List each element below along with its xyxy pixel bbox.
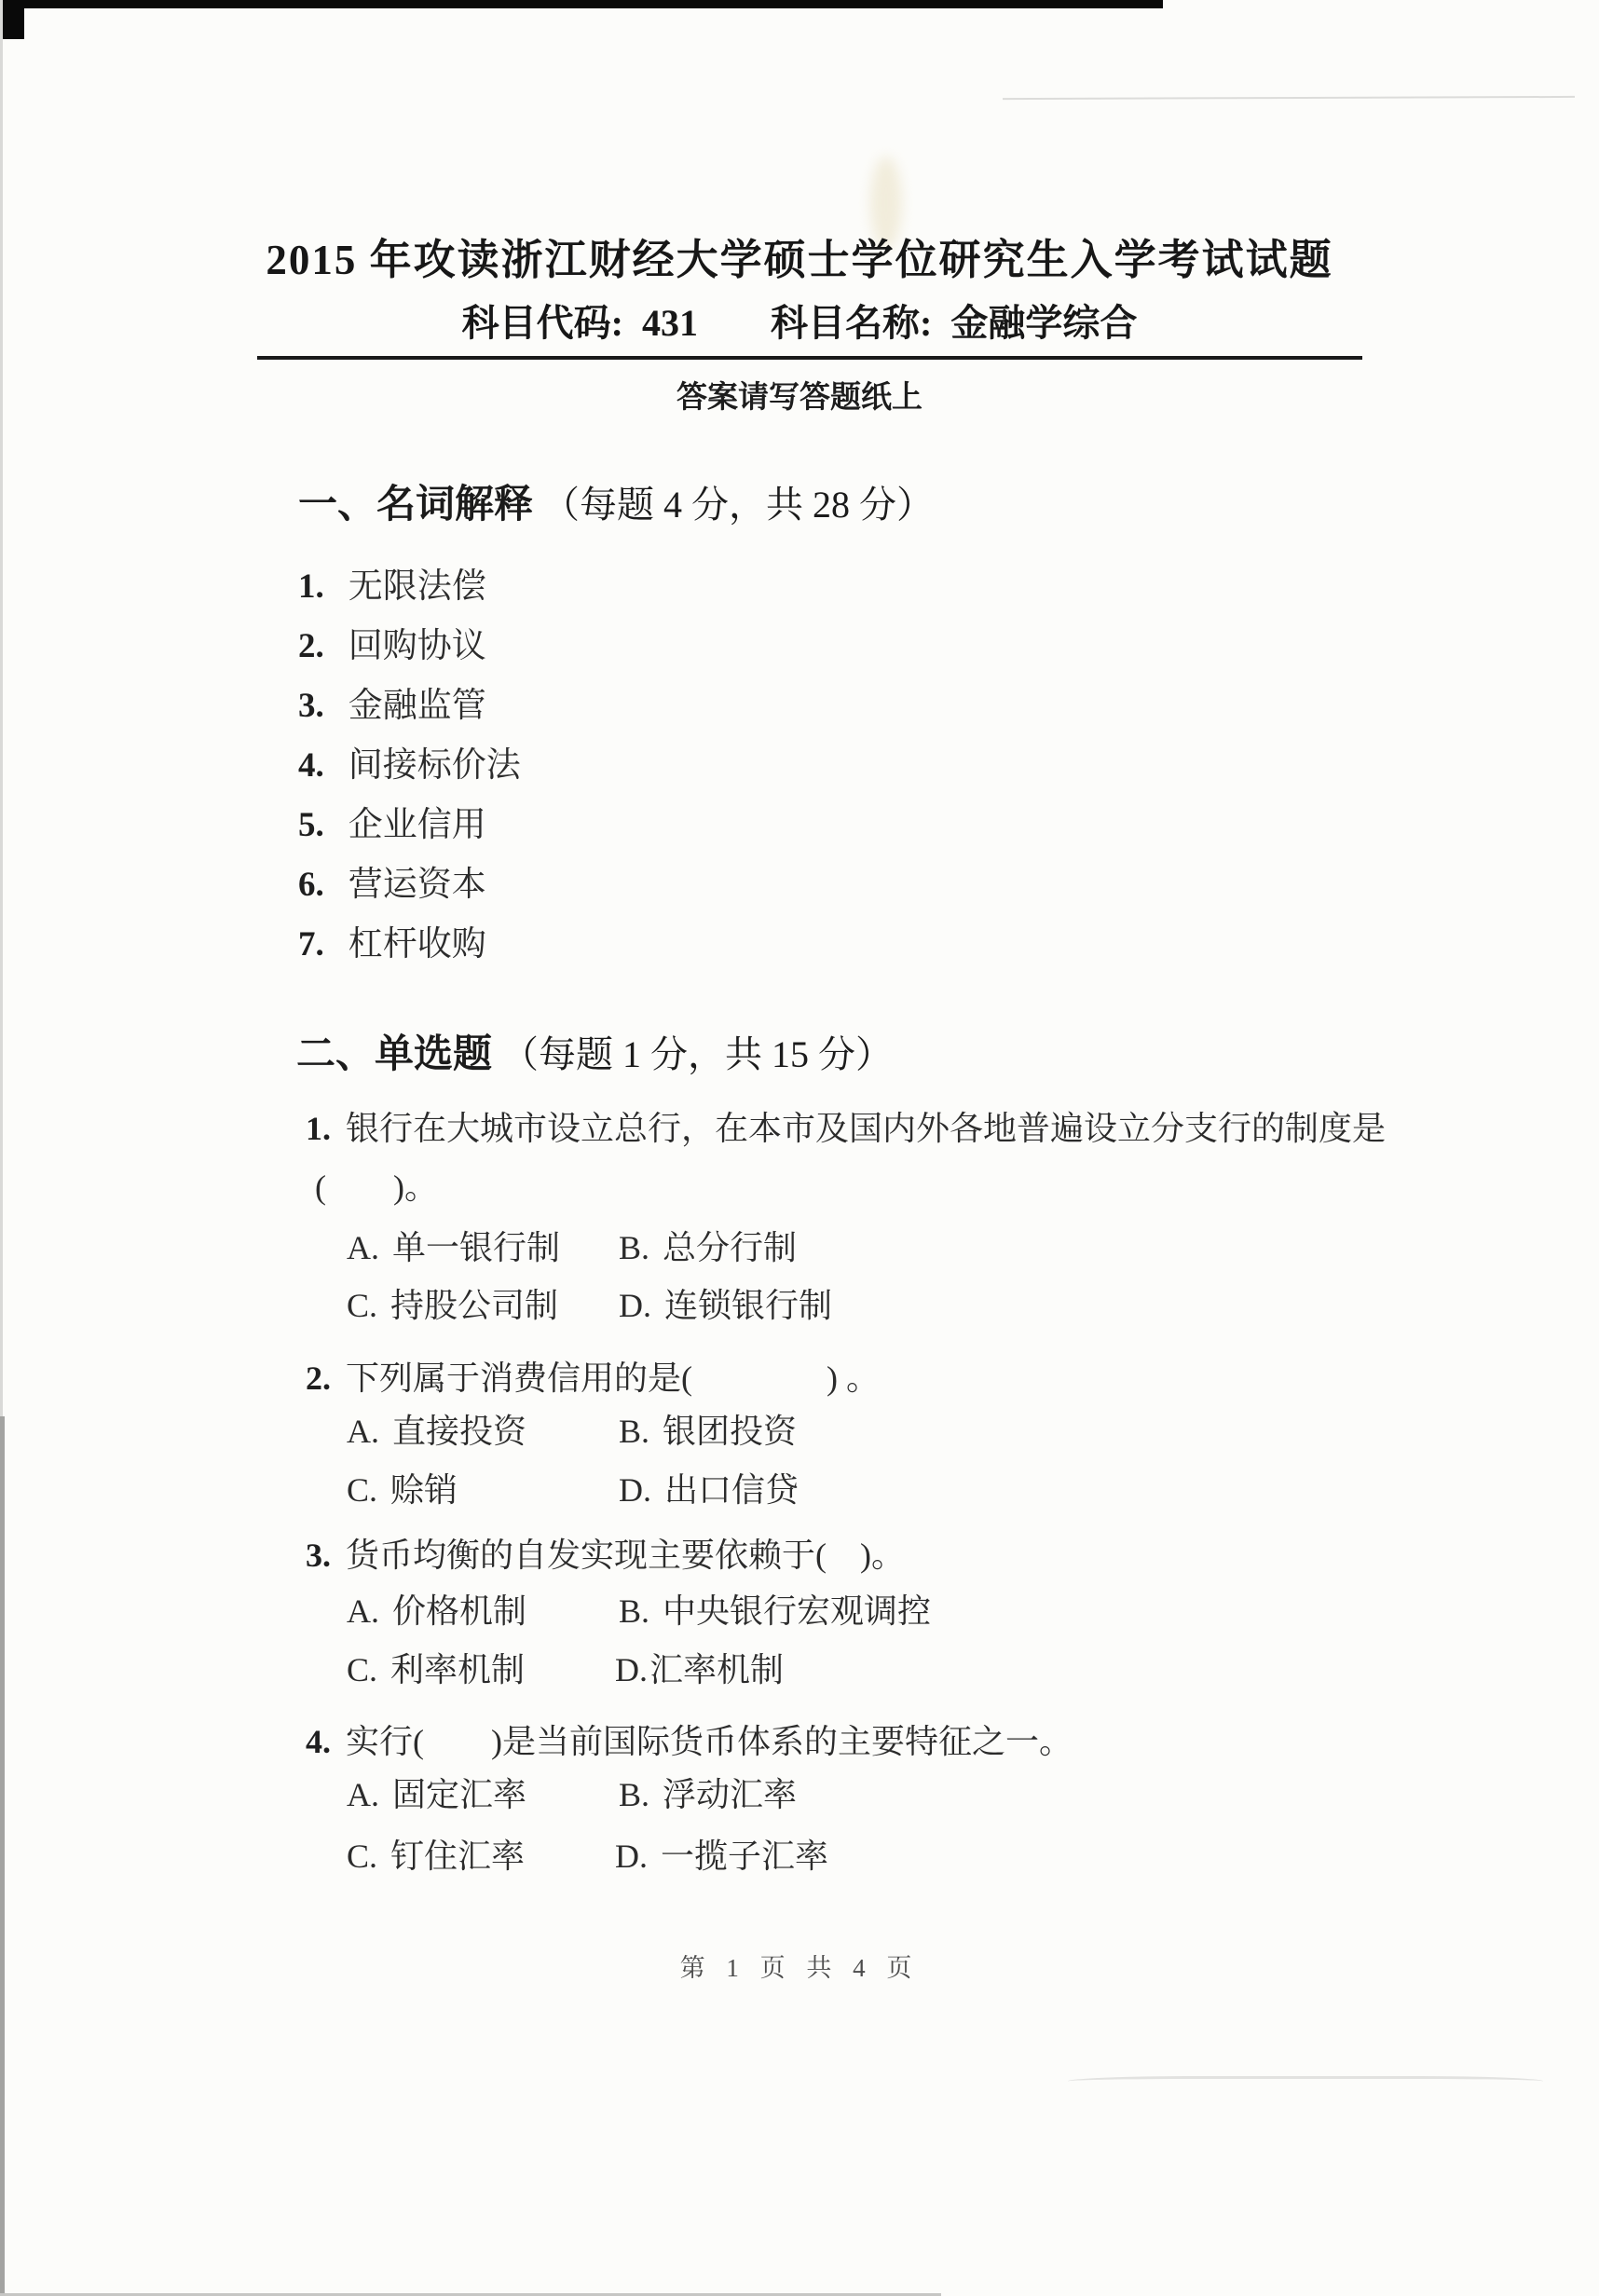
item-number: 4.	[298, 746, 324, 785]
item-text: 金融监管	[348, 687, 486, 725]
option-label: C.	[347, 1287, 377, 1324]
option-text: 一揽子汇率	[661, 1838, 828, 1875]
glossary-item: 1.无限法偿	[298, 557, 521, 617]
item-text: 杠杆收购	[348, 925, 486, 963]
exam-paper-page: 2015 年攻读浙江财经大学硕士学位研究生入学考试试题 科目代码: 431 科目…	[0, 0, 1599, 2296]
question-1-option-d: D.连锁银行制	[619, 1278, 832, 1332]
question-3-option-d: D.汇率机制	[615, 1643, 784, 1697]
option-text: 赊销	[390, 1471, 458, 1509]
subject-code-value: 431	[642, 298, 698, 348]
question-number: 3.	[306, 1537, 331, 1574]
item-number: 3.	[298, 687, 324, 725]
item-text: 营运资本	[348, 866, 486, 904]
question-text: 下列属于消费信用的是( ) 。	[346, 1360, 880, 1397]
scan-artifact-faint-line-bottom	[1068, 2076, 1543, 2086]
question-4-stem: 4.实行( )是当前国际货币体系的主要特征之一。	[306, 1715, 1073, 1769]
question-2-option-c: C.赊销	[347, 1463, 458, 1517]
question-4-option-b: B.浮动汇率	[619, 1768, 797, 1822]
option-label: A.	[347, 1776, 379, 1813]
option-text: 利率机制	[390, 1651, 525, 1688]
section-two-title: 单选题	[375, 1033, 492, 1076]
section-one-heading: 一、名词解释（每题 4 分，共 28 分）	[298, 479, 934, 531]
scan-artifact-top-bar	[0, 0, 1163, 8]
option-label: A.	[347, 1413, 379, 1450]
question-1-option-b: B.总分行制	[619, 1221, 797, 1275]
section-two-heading: 二、单选题（每题 1 分，共 15 分）	[296, 1029, 893, 1081]
scan-artifact-left-edge-light	[0, 0, 3, 1416]
option-label: D.	[615, 1838, 648, 1875]
option-text: 总分行制	[663, 1229, 797, 1266]
question-number: 2.	[306, 1360, 331, 1397]
header-divider-rule	[257, 356, 1362, 360]
glossary-item: 7.杠杆收购	[298, 915, 521, 975]
item-text: 间接标价法	[348, 746, 521, 785]
page-number-indicator: 第 1 页 共 4 页	[0, 1951, 1599, 1985]
question-3-option-c: C.利率机制	[347, 1643, 525, 1697]
question-3-option-a: A.价格机制	[347, 1584, 526, 1638]
option-text: 单一银行制	[392, 1229, 560, 1266]
option-label: C.	[347, 1651, 377, 1688]
item-number: 1.	[298, 567, 324, 606]
section-two-number: 二、	[296, 1033, 375, 1076]
option-label: A.	[347, 1229, 379, 1266]
option-label: D.	[619, 1471, 651, 1509]
option-label: C.	[347, 1838, 377, 1875]
question-2-option-b: B.银团投资	[619, 1404, 797, 1458]
scan-artifact-top-left-corner	[0, 0, 24, 39]
question-4-option-c: C.钉住汇率	[347, 1829, 525, 1883]
page-title: 2015 年攻读浙江财经大学硕士学位研究生入学考试试题	[0, 233, 1599, 287]
question-text: 银行在大城市设立总行，在本市及国内外各地普遍设立分支行的制度是	[346, 1110, 1386, 1147]
option-text: 浮动汇率	[663, 1776, 797, 1813]
glossary-item: 2.回购协议	[298, 617, 521, 676]
question-2-option-d: D.出口信贷	[619, 1463, 799, 1517]
option-label: B.	[619, 1413, 649, 1450]
subject-name-value: 金融学综合	[950, 298, 1137, 348]
subject-code-pair: 科目代码: 431	[462, 298, 698, 348]
question-1-option-a: A.单一银行制	[347, 1221, 560, 1275]
glossary-item: 3.金融监管	[298, 676, 521, 736]
option-text: 直接投资	[392, 1413, 526, 1450]
option-text: 汇率机制	[649, 1651, 784, 1688]
item-number: 6.	[298, 866, 324, 904]
question-number: 4.	[306, 1723, 331, 1760]
section-one-score-note: （每题 4 分，共 28 分）	[542, 484, 934, 526]
answer-sheet-notice: 答案请写答题纸上	[0, 376, 1599, 419]
option-label: D.	[615, 1651, 648, 1688]
option-label: C.	[347, 1471, 377, 1509]
option-text: 银团投资	[663, 1413, 797, 1450]
section-one-title: 名词解释	[376, 484, 533, 526]
question-4-option-d: D.一揽子汇率	[615, 1829, 828, 1883]
glossary-item: 5.企业信用	[298, 796, 521, 855]
subject-name-label: 科目名称:	[771, 298, 932, 348]
subject-name-pair: 科目名称: 金融学综合	[771, 298, 1137, 348]
option-text: 钉住汇率	[390, 1838, 525, 1875]
item-number: 5.	[298, 806, 324, 844]
question-1-option-c: C.持股公司制	[347, 1278, 558, 1332]
option-text: 固定汇率	[392, 1776, 526, 1813]
option-label: B.	[619, 1776, 649, 1813]
item-text: 企业信用	[348, 806, 486, 844]
question-text: 实行( )是当前国际货币体系的主要特征之一。	[346, 1723, 1073, 1760]
question-3-stem: 3.货币均衡的自发实现主要依赖于( )。	[306, 1528, 905, 1582]
scan-artifact-faint-line-top	[1003, 96, 1575, 100]
question-2-option-a: A.直接投资	[347, 1404, 526, 1458]
subject-code-label: 科目代码:	[462, 298, 623, 348]
option-label: A.	[347, 1592, 379, 1630]
scan-artifact-left-edge	[0, 1416, 5, 2296]
section-one-number: 一、	[298, 484, 376, 526]
subject-line: 科目代码: 431 科目名称: 金融学综合	[0, 298, 1599, 348]
question-number: 1.	[306, 1110, 331, 1147]
glossary-item: 4.间接标价法	[298, 736, 521, 796]
item-text: 回购协议	[348, 627, 486, 665]
item-number: 7.	[298, 925, 324, 963]
section-two-score-note: （每题 1 分，共 15 分）	[501, 1033, 893, 1075]
question-text: 货币均衡的自发实现主要依赖于( )。	[346, 1537, 905, 1574]
item-number: 2.	[298, 627, 324, 665]
question-3-option-b: B.中央银行宏观调控	[619, 1584, 931, 1638]
question-1-stem-line2: ( )。	[315, 1160, 438, 1214]
glossary-list: 1.无限法偿 2.回购协议 3.金融监管 4.间接标价法 5.企业信用 6.营运…	[298, 557, 521, 975]
item-text: 无限法偿	[348, 567, 486, 606]
option-text: 连锁银行制	[664, 1287, 832, 1324]
question-1-stem: 1.银行在大城市设立总行，在本市及国内外各地普遍设立分支行的制度是	[306, 1101, 1386, 1155]
option-text: 出口信贷	[664, 1471, 799, 1509]
option-text: 持股公司制	[390, 1287, 558, 1324]
option-text: 中央银行宏观调控	[663, 1592, 931, 1630]
option-label: B.	[619, 1229, 649, 1266]
option-label: D.	[619, 1287, 651, 1324]
option-text: 价格机制	[392, 1592, 526, 1630]
glossary-item: 6.营运资本	[298, 855, 521, 915]
question-4-option-a: A.固定汇率	[347, 1768, 526, 1822]
question-2-stem: 2.下列属于消费信用的是( ) 。	[306, 1351, 880, 1405]
option-label: B.	[619, 1592, 649, 1630]
